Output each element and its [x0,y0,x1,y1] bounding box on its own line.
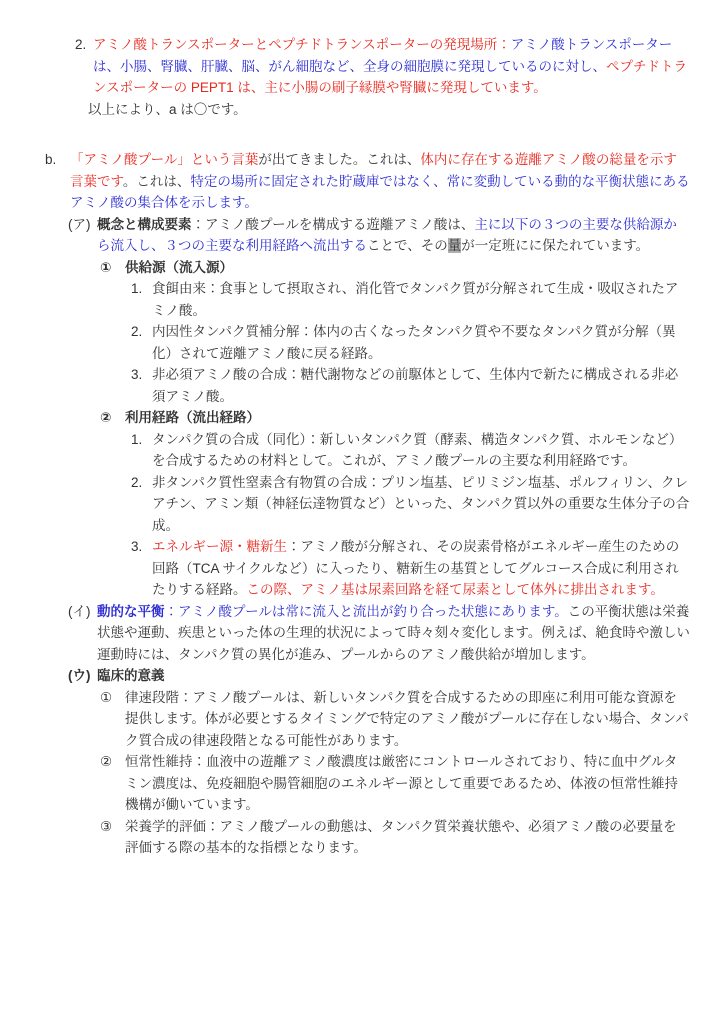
section-a-segment-black-1: ：アミノ酸プールを構成する遊離アミノ酸は、 [192,217,475,232]
section-a-heading: 概念と構成要素 [97,217,192,232]
item-2-paragraph: 2.アミノ酸トランスポーターとペプチドトランスポーターの発現場所：アミノ酸トラン… [75,34,690,99]
item-2-conclusion: 以上により、a は〇です。 [88,99,690,121]
item-2-segment-red-1: アミノ酸トランスポーターとペプチドトランスポーターの発現場所： [93,37,511,52]
utilization-item-3-segment-red-2: この際、アミノ基は尿素回路を経て尿素として体外に排出されます。 [247,582,664,597]
supply-source-item-3-text: 非必須アミノ酸の合成：糖代謝物などの前駆体として、生体内で新たに構成される非必須… [152,367,678,404]
clinical-item-3: ③栄養学的評価：アミノ酸プールの動態は、タンパク質栄養状態や、必須アミノ酸の必要… [100,816,690,859]
clinical-item-2-marker: ② [100,751,112,773]
utilization-item-2-text: 非タンパク質性窒素含有物質の合成：プリン塩基、ピリミジン塩基、ポルフィリン、クレ… [152,475,689,533]
utilization-item-3-segment-red-1: エネルギー源・糖新生 [152,539,287,554]
section-a-highlighted-char: 量 [448,238,462,253]
clinical-item-3-marker: ③ [100,816,112,838]
item-2-marker: 2. [75,34,86,56]
document-page: 2.アミノ酸トランスポーターとペプチドトランスポーターの発現場所：アミノ酸トラン… [0,0,724,1024]
supply-source-item-1-marker: 1. [131,278,142,300]
item-b-segment-red-1: 「アミノ酸プール」という言葉 [70,152,258,167]
item-b-segment-black-1: が出てきました。これは、 [258,152,420,167]
supply-source-item-3: 3.非必須アミノ酸の合成：糖代謝物などの前駆体として、生体内で新たに構成される非… [131,364,690,407]
section-u-marker: (ウ) [68,665,91,687]
section-a-marker: (ア) [68,214,91,236]
supply-sources-heading: 供給源（流入源） [125,260,233,275]
utilization-routes-marker: ② [100,407,111,429]
supply-sources-marker: ① [100,257,111,279]
utilization-item-2: 2.非タンパク質性窒素含有物質の合成：プリン塩基、ピリミジン塩基、ポルフィリン、… [131,472,690,537]
utilization-routes-heading-row: ②利用経路（流出経路） [100,407,690,429]
section-i-paragraph: (イ)動的な平衡：アミノ酸プールは常に流入と流出が釣り合った状態にあります。この… [68,601,690,666]
clinical-item-1: ①律速段階：アミノ酸プールは、新しいタンパク質を合成するための即座に利用可能な資… [100,687,690,752]
clinical-item-1-marker: ① [100,687,112,709]
clinical-item-3-text: 栄養学的評価：アミノ酸プールの動態は、タンパク質栄養状態や、必須アミノ酸の必要量… [125,819,677,856]
section-u-heading: 臨床的意義 [97,668,165,683]
utilization-item-3: 3.エネルギー源・糖新生：アミノ酸が分解され、その炭素骨格がエネルギー産生のため… [131,536,690,601]
utilization-item-1: 1.タンパク質の合成（同化）：新しいタンパク質（酵素、構造タンパク質、ホルモンな… [131,429,690,472]
section-a-segment-black-3: が一定班にに保たれています。 [461,238,649,253]
supply-source-item-1-text: 食餌由来：食事として摂取され、消化管でタンパク質が分解されて生成・吸収されたアミ… [152,281,678,318]
item-b-paragraph: b.「アミノ酸プール」という言葉が出てきました。これは、体内に存在する遊離アミノ… [45,149,690,214]
item-b-segment-black-2: 。これは、 [123,174,191,189]
section-i-marker: (イ) [68,601,91,623]
clinical-item-1-text: 律速段階：アミノ酸プールは、新しいタンパク質を合成するための即座に利用可能な資源… [125,690,689,748]
clinical-item-2-text: 恒常性維持：血液中の遊離アミノ酸濃度は厳密にコントロールされており、特に血中グル… [125,754,678,812]
utilization-item-2-marker: 2. [131,472,142,494]
section-i-segment-blue: ：アミノ酸プールは常に流入と流出が釣り合った状態にあります。 [165,604,568,619]
utilization-item-1-text: タンパク質の合成（同化）：新しいタンパク質（酵素、構造タンパク質、ホルモンなど）… [152,432,682,469]
supply-source-item-2-marker: 2. [131,321,142,343]
section-a-paragraph: (ア)概念と構成要素：アミノ酸プールを構成する遊離アミノ酸は、主に以下の３つの主… [68,214,690,257]
supply-sources-heading-row: ①供給源（流入源） [100,257,690,279]
section-a-segment-black-2: ことで、その [367,238,448,253]
supply-source-item-2: 2.内因性タンパク質補分解：体内の古くなったタンパク質や不要なタンパク質が分解（… [131,321,690,364]
utilization-item-1-marker: 1. [131,429,142,451]
section-u-heading-row: (ウ)臨床的意義 [68,665,690,687]
supply-source-item-2-text: 内因性タンパク質補分解：体内の古くなったタンパク質や不要なタンパク質が分解（異化… [152,324,676,361]
supply-source-item-3-marker: 3. [131,364,142,386]
supply-source-item-1: 1.食餌由来：食事として摂取され、消化管でタンパク質が分解されて生成・吸収された… [131,278,690,321]
utilization-item-3-marker: 3. [131,536,142,558]
section-i-heading: 動的な平衡 [97,604,165,619]
clinical-item-2: ②恒常性維持：血液中の遊離アミノ酸濃度は厳密にコントロールされており、特に血中グ… [100,751,690,816]
utilization-routes-heading: 利用経路（流出経路） [125,410,260,425]
item-b-marker: b. [45,149,56,171]
